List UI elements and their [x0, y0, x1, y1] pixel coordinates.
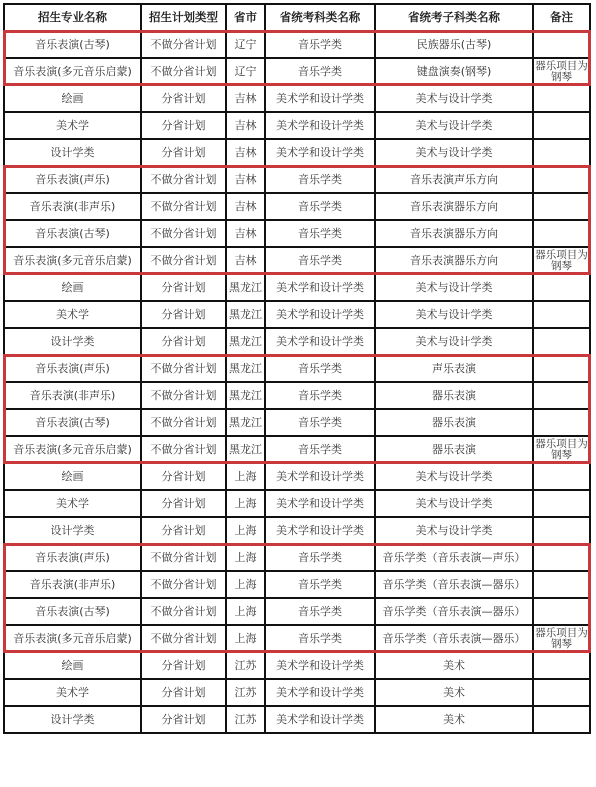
cell-plan-type: 不做分省计划 [141, 58, 226, 85]
cell-major: 音乐表演(多元音乐启蒙) [4, 247, 141, 274]
cell-exam-subcategory: 音乐学类（音乐表演—器乐） [375, 571, 533, 598]
cell-exam-subcategory: 器乐表演 [375, 382, 533, 409]
cell-exam-subcategory: 音乐表演器乐方向 [375, 247, 533, 274]
cell-province: 辽宁 [226, 31, 265, 58]
table-row: 美术学分省计划黑龙江美术学和设计学类美术与设计学类 [4, 301, 590, 328]
cell-exam-subcategory: 器乐表演 [375, 409, 533, 436]
cell-province: 吉林 [226, 139, 265, 166]
cell-major: 美术学 [4, 301, 141, 328]
cell-exam-subcategory: 美术 [375, 706, 533, 733]
table-row: 音乐表演(声乐)不做分省计划黑龙江音乐学类声乐表演 [4, 355, 590, 382]
cell-plan-type: 分省计划 [141, 517, 226, 544]
cell-province: 黑龙江 [226, 274, 265, 301]
cell-plan-type: 分省计划 [141, 328, 226, 355]
cell-remarks [533, 220, 590, 247]
table-row: 设计学类分省计划黑龙江美术学和设计学类美术与设计学类 [4, 328, 590, 355]
cell-exam-category: 美术学和设计学类 [265, 274, 375, 301]
table-row: 设计学类分省计划江苏美术学和设计学类美术 [4, 706, 590, 733]
cell-exam-subcategory: 美术与设计学类 [375, 517, 533, 544]
cell-province: 吉林 [226, 85, 265, 112]
cell-exam-category: 音乐学类 [265, 247, 375, 274]
cell-major: 绘画 [4, 85, 141, 112]
cell-plan-type: 分省计划 [141, 463, 226, 490]
cell-remarks [533, 679, 590, 706]
cell-exam-subcategory: 音乐表演器乐方向 [375, 220, 533, 247]
cell-major: 音乐表演(古琴) [4, 598, 141, 625]
cell-major: 音乐表演(古琴) [4, 31, 141, 58]
cell-exam-subcategory: 美术 [375, 652, 533, 679]
cell-exam-category: 音乐学类 [265, 571, 375, 598]
cell-exam-subcategory: 美术与设计学类 [375, 490, 533, 517]
table-row: 美术学分省计划上海美术学和设计学类美术与设计学类 [4, 490, 590, 517]
table-row: 美术学分省计划江苏美术学和设计学类美术 [4, 679, 590, 706]
header-province: 省市 [226, 4, 265, 31]
table-row: 绘画分省计划吉林美术学和设计学类美术与设计学类 [4, 85, 590, 112]
cell-plan-type: 不做分省计划 [141, 31, 226, 58]
cell-remarks [533, 139, 590, 166]
cell-exam-subcategory: 音乐表演声乐方向 [375, 166, 533, 193]
cell-exam-category: 美术学和设计学类 [265, 328, 375, 355]
cell-exam-category: 美术学和设计学类 [265, 85, 375, 112]
table-row: 绘画分省计划上海美术学和设计学类美术与设计学类 [4, 463, 590, 490]
cell-major: 音乐表演(古琴) [4, 220, 141, 247]
cell-exam-subcategory: 美术与设计学类 [375, 274, 533, 301]
cell-plan-type: 分省计划 [141, 139, 226, 166]
table-row: 音乐表演(多元音乐启蒙)不做分省计划吉林音乐学类音乐表演器乐方向器乐项目为钢琴 [4, 247, 590, 274]
cell-major: 设计学类 [4, 139, 141, 166]
table-row: 设计学类分省计划上海美术学和设计学类美术与设计学类 [4, 517, 590, 544]
cell-major: 音乐表演(声乐) [4, 544, 141, 571]
table-row: 音乐表演(多元音乐启蒙)不做分省计划辽宁音乐学类键盘演奏(钢琴)器乐项目为钢琴 [4, 58, 590, 85]
cell-exam-subcategory: 美术与设计学类 [375, 463, 533, 490]
cell-plan-type: 不做分省计划 [141, 355, 226, 382]
cell-major: 音乐表演(多元音乐启蒙) [4, 625, 141, 652]
cell-province: 上海 [226, 490, 265, 517]
header-major: 招生专业名称 [4, 4, 141, 31]
cell-exam-category: 美术学和设计学类 [265, 517, 375, 544]
cell-exam-category: 音乐学类 [265, 625, 375, 652]
cell-remarks [533, 544, 590, 571]
cell-province: 江苏 [226, 652, 265, 679]
cell-remarks [533, 409, 590, 436]
cell-remarks [533, 463, 590, 490]
table-row: 音乐表演(古琴)不做分省计划吉林音乐学类音乐表演器乐方向 [4, 220, 590, 247]
cell-plan-type: 不做分省计划 [141, 382, 226, 409]
cell-plan-type: 不做分省计划 [141, 625, 226, 652]
cell-remarks [533, 112, 590, 139]
cell-remarks: 器乐项目为钢琴 [533, 247, 590, 274]
table-row: 音乐表演(多元音乐启蒙)不做分省计划上海音乐学类音乐学类（音乐表演—器乐）器乐项… [4, 625, 590, 652]
cell-province: 上海 [226, 463, 265, 490]
cell-plan-type: 分省计划 [141, 490, 226, 517]
table-body: 音乐表演(古琴)不做分省计划辽宁音乐学类民族器乐(古琴)音乐表演(多元音乐启蒙)… [4, 31, 590, 733]
cell-remarks [533, 301, 590, 328]
cell-exam-category: 美术学和设计学类 [265, 112, 375, 139]
cell-exam-subcategory: 民族器乐(古琴) [375, 31, 533, 58]
cell-exam-category: 音乐学类 [265, 220, 375, 247]
table-row: 绘画分省计划黑龙江美术学和设计学类美术与设计学类 [4, 274, 590, 301]
cell-plan-type: 不做分省计划 [141, 598, 226, 625]
cell-province: 辽宁 [226, 58, 265, 85]
header-plan-type: 招生计划类型 [141, 4, 226, 31]
cell-exam-category: 美术学和设计学类 [265, 679, 375, 706]
cell-plan-type: 分省计划 [141, 706, 226, 733]
cell-province: 上海 [226, 571, 265, 598]
cell-exam-category: 音乐学类 [265, 598, 375, 625]
cell-major: 音乐表演(声乐) [4, 166, 141, 193]
cell-exam-subcategory: 键盘演奏(钢琴) [375, 58, 533, 85]
cell-remarks [533, 274, 590, 301]
cell-plan-type: 分省计划 [141, 679, 226, 706]
cell-exam-subcategory: 美术与设计学类 [375, 328, 533, 355]
cell-exam-subcategory: 美术与设计学类 [375, 112, 533, 139]
cell-remarks [533, 598, 590, 625]
cell-province: 黑龙江 [226, 355, 265, 382]
table-row: 音乐表演(声乐)不做分省计划吉林音乐学类音乐表演声乐方向 [4, 166, 590, 193]
cell-plan-type: 分省计划 [141, 85, 226, 112]
cell-major: 音乐表演(声乐) [4, 355, 141, 382]
cell-exam-subcategory: 美术与设计学类 [375, 301, 533, 328]
header-remarks: 备注 [533, 4, 590, 31]
cell-plan-type: 不做分省计划 [141, 166, 226, 193]
cell-remarks: 器乐项目为钢琴 [533, 58, 590, 85]
cell-province: 上海 [226, 598, 265, 625]
cell-province: 黑龙江 [226, 382, 265, 409]
cell-plan-type: 不做分省计划 [141, 571, 226, 598]
cell-province: 上海 [226, 625, 265, 652]
table-row: 音乐表演(古琴)不做分省计划上海音乐学类音乐学类（音乐表演—器乐） [4, 598, 590, 625]
cell-province: 黑龙江 [226, 436, 265, 463]
cell-plan-type: 不做分省计划 [141, 193, 226, 220]
cell-remarks [533, 382, 590, 409]
cell-exam-category: 美术学和设计学类 [265, 301, 375, 328]
table-row: 音乐表演(非声乐)不做分省计划黑龙江音乐学类器乐表演 [4, 382, 590, 409]
cell-exam-category: 美术学和设计学类 [265, 490, 375, 517]
cell-exam-category: 美术学和设计学类 [265, 139, 375, 166]
cell-plan-type: 分省计划 [141, 652, 226, 679]
cell-exam-category: 音乐学类 [265, 436, 375, 463]
cell-major: 音乐表演(多元音乐启蒙) [4, 436, 141, 463]
cell-plan-type: 不做分省计划 [141, 409, 226, 436]
cell-exam-category: 音乐学类 [265, 31, 375, 58]
cell-province: 黑龙江 [226, 328, 265, 355]
cell-province: 上海 [226, 544, 265, 571]
cell-major: 音乐表演(非声乐) [4, 382, 141, 409]
cell-major: 美术学 [4, 679, 141, 706]
table-row: 音乐表演(古琴)不做分省计划辽宁音乐学类民族器乐(古琴) [4, 31, 590, 58]
cell-exam-subcategory: 音乐学类（音乐表演—声乐） [375, 544, 533, 571]
cell-exam-subcategory: 美术与设计学类 [375, 85, 533, 112]
cell-plan-type: 分省计划 [141, 274, 226, 301]
cell-province: 江苏 [226, 706, 265, 733]
cell-plan-type: 不做分省计划 [141, 220, 226, 247]
cell-exam-category: 美术学和设计学类 [265, 652, 375, 679]
table-row: 设计学类分省计划吉林美术学和设计学类美术与设计学类 [4, 139, 590, 166]
cell-exam-category: 美术学和设计学类 [265, 463, 375, 490]
table-row: 音乐表演(非声乐)不做分省计划上海音乐学类音乐学类（音乐表演—器乐） [4, 571, 590, 598]
cell-remarks [533, 355, 590, 382]
header-exam-category: 省统考科类名称 [265, 4, 375, 31]
cell-province: 吉林 [226, 193, 265, 220]
cell-major: 美术学 [4, 490, 141, 517]
cell-remarks: 器乐项目为钢琴 [533, 436, 590, 463]
admissions-table: 招生专业名称 招生计划类型 省市 省统考科类名称 省统考子科类名称 备注 音乐表… [3, 3, 591, 734]
cell-major: 设计学类 [4, 706, 141, 733]
cell-province: 上海 [226, 517, 265, 544]
cell-remarks [533, 490, 590, 517]
cell-remarks [533, 85, 590, 112]
cell-remarks [533, 706, 590, 733]
cell-major: 设计学类 [4, 517, 141, 544]
cell-remarks: 器乐项目为钢琴 [533, 625, 590, 652]
cell-exam-category: 音乐学类 [265, 166, 375, 193]
cell-exam-category: 美术学和设计学类 [265, 706, 375, 733]
cell-province: 黑龙江 [226, 409, 265, 436]
cell-major: 绘画 [4, 652, 141, 679]
cell-major: 音乐表演(多元音乐启蒙) [4, 58, 141, 85]
table-row: 绘画分省计划江苏美术学和设计学类美术 [4, 652, 590, 679]
cell-exam-subcategory: 声乐表演 [375, 355, 533, 382]
cell-plan-type: 分省计划 [141, 301, 226, 328]
cell-remarks [533, 166, 590, 193]
header-row: 招生专业名称 招生计划类型 省市 省统考科类名称 省统考子科类名称 备注 [4, 4, 590, 31]
cell-remarks [533, 31, 590, 58]
cell-exam-category: 音乐学类 [265, 58, 375, 85]
cell-province: 黑龙江 [226, 301, 265, 328]
cell-remarks [533, 517, 590, 544]
cell-province: 吉林 [226, 166, 265, 193]
cell-major: 绘画 [4, 463, 141, 490]
cell-exam-category: 音乐学类 [265, 544, 375, 571]
cell-major: 设计学类 [4, 328, 141, 355]
cell-major: 音乐表演(古琴) [4, 409, 141, 436]
cell-exam-category: 音乐学类 [265, 382, 375, 409]
cell-major: 音乐表演(非声乐) [4, 193, 141, 220]
cell-remarks [533, 193, 590, 220]
cell-plan-type: 分省计划 [141, 112, 226, 139]
cell-exam-subcategory: 音乐学类（音乐表演—器乐） [375, 598, 533, 625]
cell-remarks [533, 328, 590, 355]
cell-exam-category: 音乐学类 [265, 355, 375, 382]
cell-exam-subcategory: 美术 [375, 679, 533, 706]
table-row: 音乐表演(声乐)不做分省计划上海音乐学类音乐学类（音乐表演—声乐） [4, 544, 590, 571]
cell-province: 江苏 [226, 679, 265, 706]
cell-exam-category: 音乐学类 [265, 193, 375, 220]
cell-exam-subcategory: 美术与设计学类 [375, 139, 533, 166]
cell-plan-type: 不做分省计划 [141, 544, 226, 571]
cell-exam-subcategory: 器乐表演 [375, 436, 533, 463]
cell-plan-type: 不做分省计划 [141, 247, 226, 274]
table-row: 音乐表演(非声乐)不做分省计划吉林音乐学类音乐表演器乐方向 [4, 193, 590, 220]
cell-province: 吉林 [226, 112, 265, 139]
cell-remarks [533, 571, 590, 598]
cell-exam-subcategory: 音乐学类（音乐表演—器乐） [375, 625, 533, 652]
table-row: 音乐表演(古琴)不做分省计划黑龙江音乐学类器乐表演 [4, 409, 590, 436]
cell-exam-category: 音乐学类 [265, 409, 375, 436]
table-row: 音乐表演(多元音乐启蒙)不做分省计划黑龙江音乐学类器乐表演器乐项目为钢琴 [4, 436, 590, 463]
cell-major: 美术学 [4, 112, 141, 139]
cell-province: 吉林 [226, 220, 265, 247]
table-row: 美术学分省计划吉林美术学和设计学类美术与设计学类 [4, 112, 590, 139]
cell-exam-subcategory: 音乐表演器乐方向 [375, 193, 533, 220]
cell-province: 吉林 [226, 247, 265, 274]
cell-major: 绘画 [4, 274, 141, 301]
cell-plan-type: 不做分省计划 [141, 436, 226, 463]
cell-major: 音乐表演(非声乐) [4, 571, 141, 598]
header-exam-subcategory: 省统考子科类名称 [375, 4, 533, 31]
cell-remarks [533, 652, 590, 679]
